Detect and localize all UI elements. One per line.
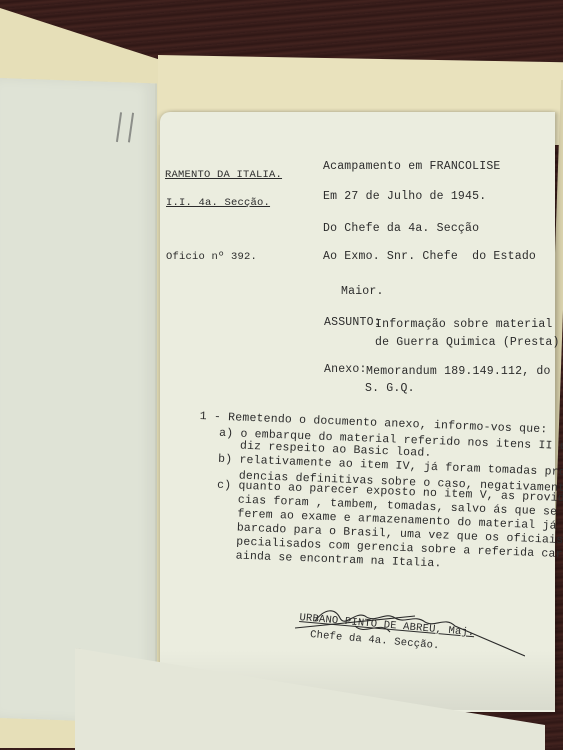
annex-line-1: Memorandum 189.149.112, do [366,365,551,378]
annex-label: Anexo: [324,363,367,376]
subject-line-1: Informação sobre material [375,318,553,331]
date-line: Em 27 de Julho de 1945. [323,190,486,203]
place-line: Acampamento em FRANCOLISE [323,160,501,173]
left-page [0,78,157,723]
from-line: Do Chefe da 4a. Secção [323,222,479,235]
recipient-line-1: Ao Exmo. Snr. Chefe do Estado [323,250,536,263]
staple-hole [128,113,134,143]
subject-line-2: de Guerra Quimica (Presta). [375,336,563,349]
department-heading: RAMENTO DA ITALIA. [165,169,282,182]
subject-label: ASSUNTO: [324,316,381,329]
handwritten-signature [295,606,525,666]
oficio-number: Oficio nº 392. [166,251,257,264]
annex-line-2: S. G.Q. [365,382,415,395]
section-heading: I.I. 4a. Secção. [166,197,270,210]
recipient-line-2: Maior. [341,285,384,298]
staple-hole [116,112,122,142]
